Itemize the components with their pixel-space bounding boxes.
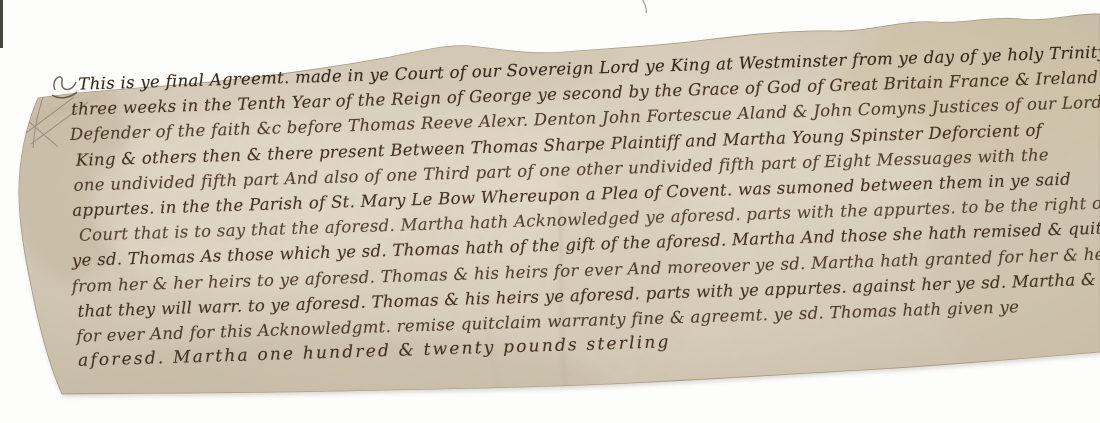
document-photo: This is ye final Agreemt. made in ye Cou… — [0, 0, 1100, 423]
top-edge-ink-mark — [643, 0, 646, 13]
manuscript-text-block: This is ye final Agreemt. made in ye Cou… — [68, 37, 1100, 374]
scan-edge-artifact — [0, 0, 3, 48]
